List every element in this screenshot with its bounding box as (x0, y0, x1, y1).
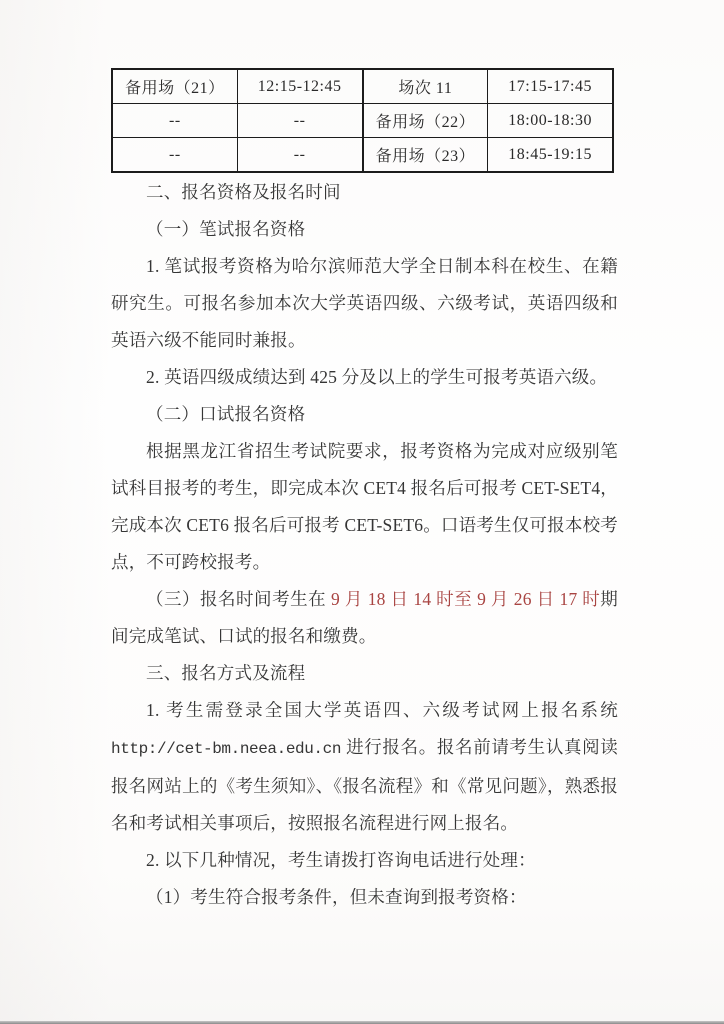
exam-schedule-table: 备用场（21）12:15-12:45场次 1117:15-17:45----备用… (111, 68, 614, 173)
para-registration-method-1: 1. 考生需登录全国大学英语四、六级考试网上报名系统 http://cet-bm… (111, 692, 618, 842)
table-cell: 12:15-12:45 (237, 69, 362, 104)
para-oral-qualification: 根据黑龙江省招生考试院要求，报考资格为完成对应级别笔试科目报考的考生，即完成本次… (111, 433, 618, 581)
text-segment: 根据黑龙江省招生考试院要求，报考资格为完成对应级别笔试科目报考的考生，即完成本次… (111, 441, 618, 572)
registration-url: http://cet-bm.neea.edu.cn (111, 740, 341, 758)
text-segment: （三）报名时间考生在 (146, 589, 331, 609)
table-cell: 备用场（22） (363, 104, 488, 138)
table-cell: 备用场（23） (363, 138, 488, 173)
exam-schedule-table-body: 备用场（21）12:15-12:45场次 1117:15-17:45----备用… (112, 69, 613, 172)
table-cell: 18:00-18:30 (488, 104, 613, 138)
table-cell: -- (237, 104, 362, 138)
table-cell: 场次 11 (363, 69, 488, 104)
para-written-qualification-2: 2. 英语四级成绩达到 425 分及以上的学生可报考英语六级。 (111, 359, 618, 396)
table-cell: 备用场（21） (112, 69, 237, 104)
text-segment: 2. 以下几种情况，考生请拨打咨询电话进行处理： (146, 850, 536, 870)
highlight-date-range: 9 月 18 日 14 时至 9 月 26 日 17 时 (331, 589, 600, 609)
table-cell: -- (112, 104, 237, 138)
text-segment: （一）笔试报名资格 (146, 219, 305, 239)
text-segment: 2. 英语四级成绩达到 425 分及以上的学生可报考英语六级。 (146, 367, 607, 387)
subsection-heading-oral-qualification: （二）口试报名资格 (111, 396, 618, 433)
table-row: 备用场（21）12:15-12:45场次 1117:15-17:45 (112, 69, 613, 104)
document-text: 二、报名资格及报名时间（一）笔试报名资格1. 笔试报考资格为哈尔滨师范大学全日制… (111, 174, 618, 916)
scanned-document-page: 备用场（21）12:15-12:45场次 1117:15-17:45----备用… (0, 0, 724, 1024)
text-segment: 二、报名资格及报名时间 (146, 182, 341, 202)
table-cell: -- (112, 138, 237, 173)
table-row: ----备用场（22）18:00-18:30 (112, 104, 613, 138)
table-cell: 17:15-17:45 (488, 69, 613, 104)
text-segment: （1）考生符合报考条件，但未查询到报考资格： (146, 887, 527, 907)
table-row: ----备用场（23）18:45-19:15 (112, 138, 613, 173)
para-written-qualification-1: 1. 笔试报考资格为哈尔滨师范大学全日制本科在校生、在籍研究生。可报名参加本次大… (111, 248, 618, 359)
para-registration-time: （三）报名时间考生在 9 月 18 日 14 时至 9 月 26 日 17 时期… (111, 581, 618, 655)
table-cell: -- (237, 138, 362, 173)
para-case-1: （1）考生符合报考条件，但未查询到报考资格： (111, 879, 618, 916)
text-segment: （二）口试报名资格 (146, 404, 305, 424)
section-heading-registration-qualification: 二、报名资格及报名时间 (111, 174, 618, 211)
subsection-heading-written-qualification: （一）笔试报名资格 (111, 211, 618, 248)
section-heading-registration-method: 三、报名方式及流程 (111, 655, 618, 692)
table-cell: 18:45-19:15 (488, 138, 613, 173)
text-segment: 1. 考生需登录全国大学英语四、六级考试网上报名系统 (146, 700, 618, 720)
para-registration-method-2: 2. 以下几种情况，考生请拨打咨询电话进行处理： (111, 842, 618, 879)
text-segment: 三、报名方式及流程 (146, 663, 305, 683)
text-segment: 1. 笔试报考资格为哈尔滨师范大学全日制本科在校生、在籍研究生。可报名参加本次大… (111, 256, 618, 350)
